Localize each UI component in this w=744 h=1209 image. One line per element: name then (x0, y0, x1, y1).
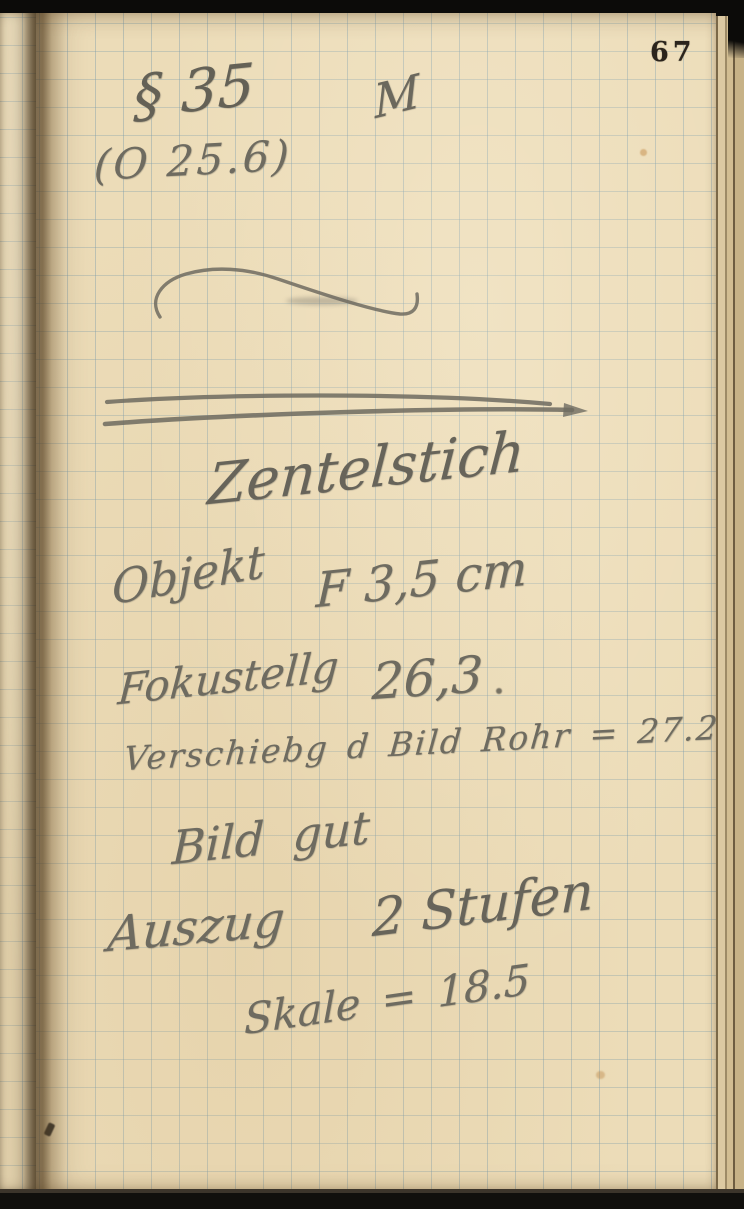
handwriting-auszug-value: 2 Stufen (371, 862, 594, 950)
handwriting-date-note: (O 25.6) (93, 131, 293, 191)
notebook-photo: 67 § 35 M (O 25.6) Zentelstich Objekt F … (0, 0, 744, 1209)
page-number: 67 (650, 37, 696, 68)
divider-line-upper (107, 396, 550, 405)
pencil-smudge (286, 297, 358, 305)
handwriting-fokus-label: Fokustellg (116, 642, 340, 715)
handwriting-objekt-label: Objekt (112, 534, 265, 616)
page-edge-stack (716, 16, 744, 1190)
photo-border-bottom (0, 1189, 744, 1209)
handwriting-auszug-label: Auszug (106, 891, 287, 963)
handwriting-title: Zentelstich (206, 419, 527, 518)
handwriting-skala-line: Skale = 18.5 (244, 955, 530, 1045)
handwriting-verschiebung-line: Verschiebg d Bild Rohr = 27.2 (122, 708, 721, 778)
paper-fleck (596, 1071, 605, 1079)
ink-mark (44, 1122, 56, 1137)
photo-border-corner (728, 0, 744, 58)
handwriting-mark: M (372, 63, 422, 129)
handwriting-fokus-value: 26,3 (371, 645, 484, 711)
notebook-page: 67 § 35 M (O 25.6) Zentelstich Objekt F … (36, 13, 716, 1189)
divider-arrow-tip (563, 403, 588, 417)
paper-fleck (640, 149, 647, 156)
handwriting-entry-number: § 35 (133, 50, 256, 131)
handwriting-bild-line: Bild gut (171, 800, 371, 875)
flourish-stroke (156, 269, 418, 317)
previous-page-sliver (0, 13, 36, 1189)
handwriting-objekt-value: F 3,5 cm (315, 541, 528, 620)
photo-border-top (0, 0, 744, 13)
pencil-dot (496, 688, 502, 694)
